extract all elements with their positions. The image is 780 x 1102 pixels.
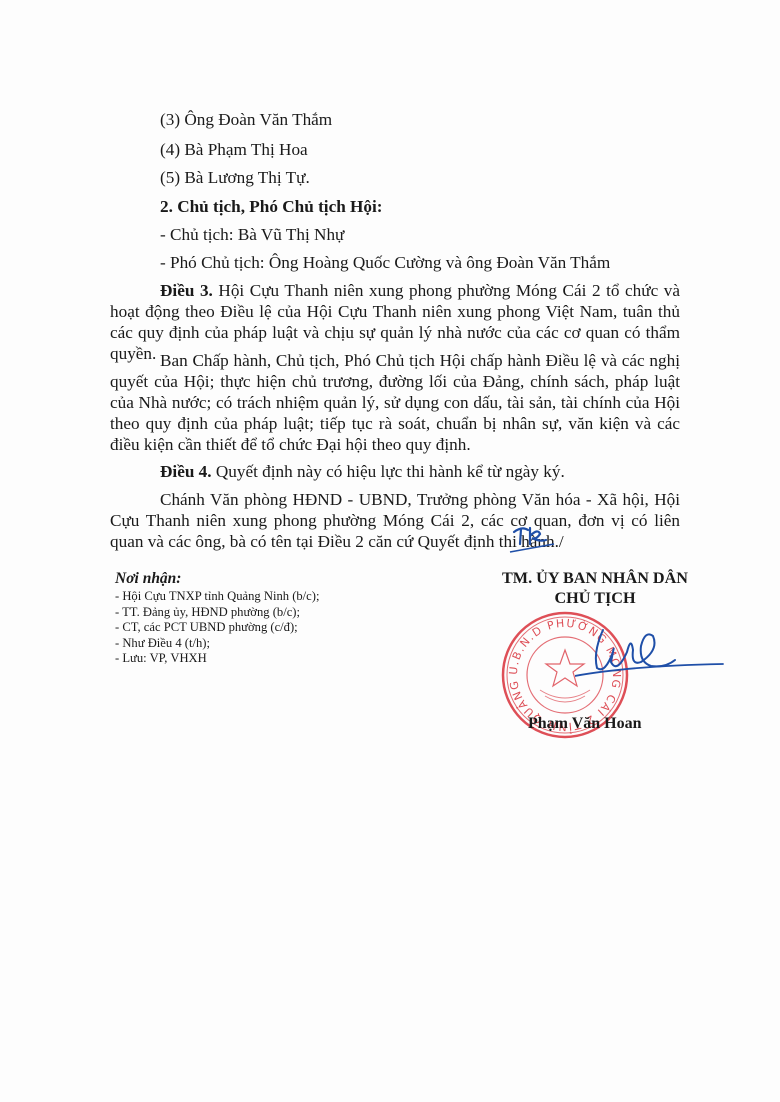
chairman-line: - Chủ tịch: Bà Vũ Thị Nhự <box>160 225 344 245</box>
signer-name: Phạm Văn Hoan <box>528 715 642 733</box>
handwritten-signature-icon <box>575 622 725 682</box>
recipient-item: - CT, các PCT UBND phường (c/đ); <box>115 620 319 636</box>
article-4-paragraph-2: Chánh Văn phòng HĐND - UBND, Trưởng phòn… <box>110 489 680 552</box>
position-title: CHỦ TỊCH <box>470 588 720 608</box>
recipient-item: - Lưu: VP, VHXH <box>115 651 319 667</box>
recipient-item: - TT. Đảng ủy, HĐND phường (b/c); <box>115 605 319 621</box>
article-3-paragraph-2: Ban Chấp hành, Chủ tịch, Phó Chủ tịch Hộ… <box>110 350 680 455</box>
org-line: TM. ỦY BAN NHÂN DÂN <box>470 568 720 588</box>
member-item-3: (3) Ông Đoàn Văn Thắm <box>160 110 332 130</box>
recipient-item: - Hội Cựu TNXP tỉnh Quảng Ninh (b/c); <box>115 589 319 605</box>
article-4-label: Điều 4. <box>160 462 212 481</box>
article-4-text: Quyết định này có hiệu lực thi hành kể t… <box>216 462 565 481</box>
signature-block: TM. ỦY BAN NHÂN DÂN CHỦ TỊCH <box>470 568 720 608</box>
member-item-5: (5) Bà Lương Thị Tự. <box>160 168 310 188</box>
vice-chairman-line: - Phó Chủ tịch: Ông Hoàng Quốc Cường và … <box>160 253 610 273</box>
handwritten-initials-icon <box>508 522 568 554</box>
member-item-4: (4) Bà Phạm Thị Hoa <box>160 140 308 160</box>
section-2-heading: 2. Chủ tịch, Phó Chủ tịch Hội: <box>160 197 383 217</box>
recipients-title: Nơi nhận: <box>115 570 319 588</box>
article-4-paragraph: Điều 4. Quyết định này có hiệu lực thi h… <box>110 461 680 482</box>
document-page: (3) Ông Đoàn Văn Thắm (4) Bà Phạm Thị Ho… <box>0 0 780 1102</box>
recipient-item: - Như Điều 4 (t/h); <box>115 636 319 652</box>
recipients-block: Nơi nhận: - Hội Cựu TNXP tỉnh Quảng Ninh… <box>115 570 319 667</box>
article-3-label: Điều 3. <box>160 281 213 300</box>
